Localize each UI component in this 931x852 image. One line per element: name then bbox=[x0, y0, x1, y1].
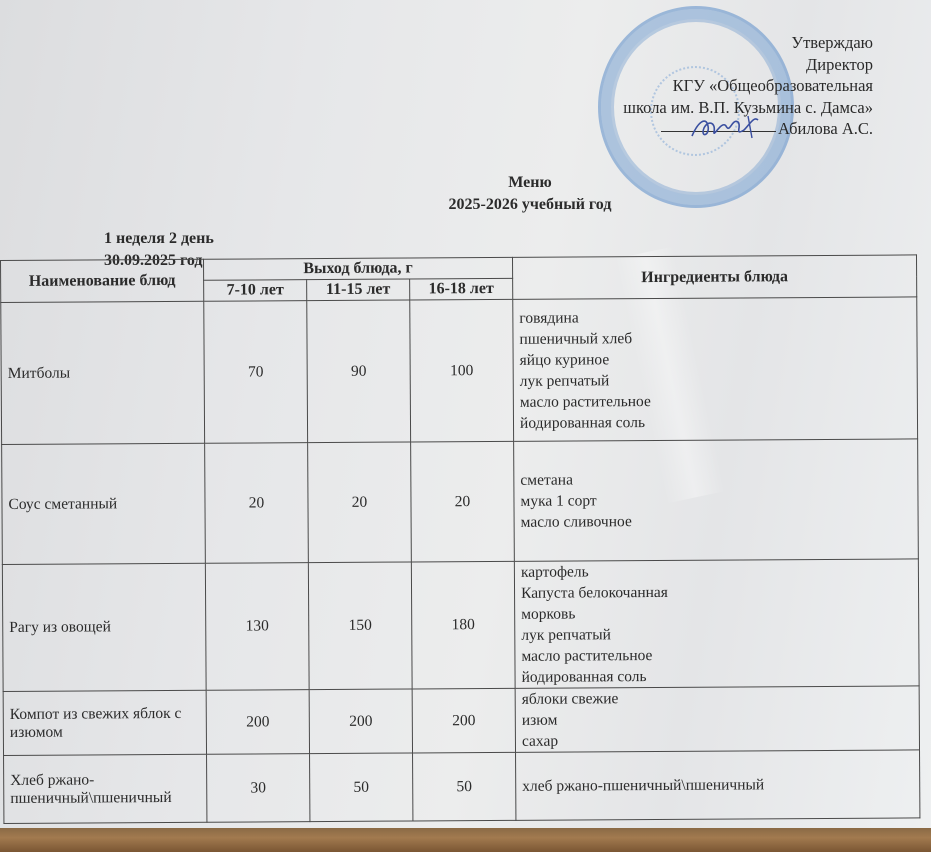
dish-yield: 70 bbox=[204, 301, 308, 444]
dish-name: Митболы bbox=[1, 301, 205, 444]
dish-yield: 180 bbox=[411, 561, 515, 689]
col-ingredients-header: Ингредиенты блюда bbox=[512, 255, 916, 299]
dish-name: Компот из свежих яблок с изюмом bbox=[3, 690, 206, 755]
wooden-frame bbox=[0, 828, 931, 852]
table-row: Соус сметанный202020сметанамука 1 сортма… bbox=[2, 439, 919, 565]
age-group-header: 7-10 лет bbox=[204, 280, 307, 302]
ingredient: яйцо куриное bbox=[520, 347, 911, 370]
ingredient: пшеничный хлеб bbox=[519, 326, 910, 349]
dish-yield: 200 bbox=[309, 689, 412, 754]
dish-ingredients: картофельКапуста белокочаннаяморковьлук … bbox=[514, 559, 919, 688]
menu-heading: Меню bbox=[0, 172, 931, 194]
dish-yield: 30 bbox=[207, 754, 310, 823]
ingredient: масло растительное bbox=[521, 643, 912, 666]
ingredient: йодированная соль bbox=[520, 410, 911, 433]
ingredient: яблоки свежие bbox=[522, 686, 913, 709]
dish-yield: 90 bbox=[307, 300, 411, 443]
table-row: Рагу из овощей130150180картофельКапуста … bbox=[2, 559, 919, 692]
signature-icon bbox=[688, 112, 778, 142]
dish-yield: 20 bbox=[411, 441, 515, 562]
ingredient: картофель bbox=[521, 559, 912, 582]
ingredient: хлеб ржано-пшеничный\пшеничный bbox=[522, 773, 913, 796]
ingredient: масло сливочное bbox=[521, 509, 912, 532]
ingredient: сахар bbox=[522, 728, 913, 751]
ingredient: изюм bbox=[522, 707, 913, 730]
ingredient: масло растительное bbox=[520, 389, 911, 412]
ingredient: говядина bbox=[519, 305, 910, 328]
ingredient: Капуста белокочанная bbox=[521, 580, 912, 603]
signatory-name: Абилова А.С. bbox=[778, 119, 873, 138]
dish-yield: 100 bbox=[410, 299, 514, 442]
dish-yield: 50 bbox=[310, 753, 413, 822]
table-row: Хлеб ржано-пшеничный\пшеничный305050хлеб… bbox=[4, 750, 920, 824]
week-day: 1 неделя 2 день bbox=[104, 228, 214, 250]
age-group-header: 16-18 лет bbox=[410, 278, 513, 300]
dish-yield: 20 bbox=[308, 442, 412, 563]
ingredient: мука 1 сорт bbox=[520, 488, 911, 511]
school-year: 2025-2026 учебный год bbox=[0, 194, 931, 216]
ingredient: сметана bbox=[520, 467, 911, 490]
dish-ingredients: хлеб ржано-пшеничный\пшеничный bbox=[516, 750, 920, 820]
dish-ingredients: говядинапшеничный хлебяйцо куриноелук ре… bbox=[513, 297, 918, 441]
col-dish-header: Наименование блюд bbox=[1, 259, 204, 302]
dish-ingredients: сметанамука 1 сортмасло сливочное bbox=[514, 439, 919, 561]
age-group-header: 11-15 лет bbox=[307, 279, 410, 301]
dish-yield: 20 bbox=[205, 443, 309, 564]
dish-yield: 50 bbox=[413, 752, 516, 821]
dish-ingredients: яблоки свежиеизюмсахар bbox=[515, 686, 919, 752]
approval-line: КГУ «Общеобразовательная bbox=[623, 75, 873, 97]
table-row: Митболы7090100говядинапшеничный хлебяйцо… bbox=[1, 297, 918, 445]
col-yield-header: Выход блюда, г bbox=[203, 257, 512, 280]
ingredient: лук репчатый bbox=[520, 368, 911, 391]
ingredient: йодированная соль bbox=[521, 664, 912, 687]
dish-name: Рагу из овощей bbox=[2, 563, 206, 691]
approval-line: Директор bbox=[623, 54, 873, 76]
dish-yield: 150 bbox=[308, 562, 412, 690]
table-row: Компот из свежих яблок с изюмом200200200… bbox=[3, 686, 919, 756]
document-title: Меню 2025-2026 учебный год bbox=[0, 172, 931, 216]
dish-name: Хлеб ржано-пшеничный\пшеничный bbox=[4, 754, 207, 823]
ingredient: морковь bbox=[521, 601, 912, 624]
dish-yield: 200 bbox=[206, 690, 309, 755]
dish-name: Соус сметанный bbox=[2, 443, 206, 564]
dish-yield: 200 bbox=[412, 688, 515, 753]
menu-table: Наименование блюд Выход блюда, г Ингреди… bbox=[0, 254, 920, 824]
ingredient: лук репчатый bbox=[521, 622, 912, 645]
approval-line: Утверждаю bbox=[623, 32, 873, 54]
dish-yield: 130 bbox=[205, 563, 309, 691]
